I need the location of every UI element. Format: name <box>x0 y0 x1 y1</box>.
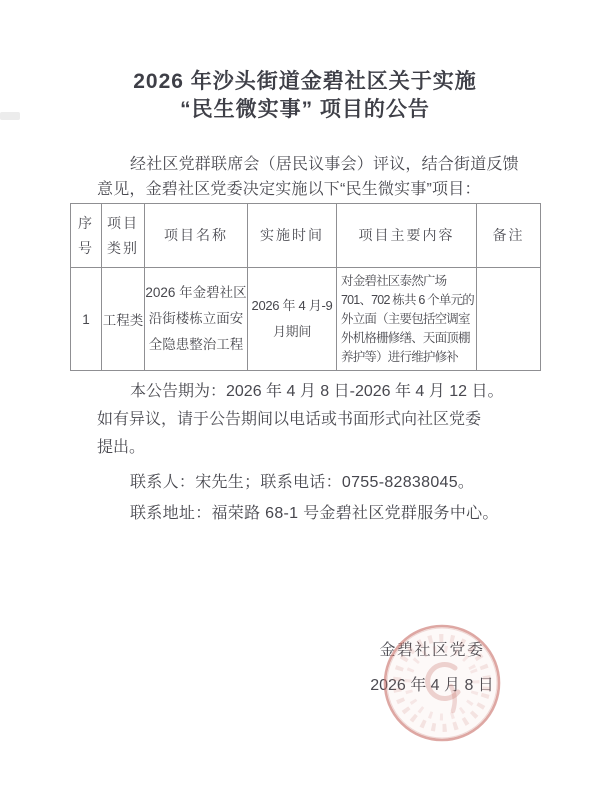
official-seal-stamp-icon <box>381 622 503 744</box>
intro-paragraph: 经社区党群联席会（居民议事会）评议，结合街道反馈 意见，金碧社区党委决定实施以下… <box>97 152 523 202</box>
table-header-row: 序号 项目类别 项目名称 实施时间 项目主要内容 备注 <box>71 204 541 268</box>
document-title: 2026 年沙头街道金碧社区关于实施 “民生微实事” 项目的公告 <box>70 68 540 124</box>
col-header-content: 项目主要内容 <box>337 204 477 268</box>
col-header-category: 项目类别 <box>102 204 145 268</box>
col-header-time: 实施时间 <box>248 204 337 268</box>
cell-seq: 1 <box>71 268 102 371</box>
col-header-remark: 备注 <box>477 204 541 268</box>
notice-period-paragraph: 本公告期为：2026 年 4 月 8 日-2026 年 4 月 12 日。 如有… <box>97 378 523 462</box>
cell-category: 工程类 <box>102 268 145 371</box>
table-row: 1 工程类 2026 年金碧社区 沿街楼栋立面安 全隐患整治工程 2026 年 … <box>71 268 541 371</box>
cell-project-name: 2026 年金碧社区 沿街楼栋立面安 全隐患整治工程 <box>145 268 248 371</box>
scan-smudge-artifact <box>0 112 20 120</box>
contact-person-line: 联系人：宋先生；联系电话：0755-82838045。 <box>130 469 474 492</box>
cell-remark <box>477 268 541 371</box>
contact-address-line: 联系地址：福荣路 68-1 号金碧社区党群服务中心。 <box>130 500 499 523</box>
col-header-name: 项目名称 <box>145 204 248 268</box>
col-header-seq: 序号 <box>71 204 102 268</box>
cell-content: 对金碧社区泰然广场 701、702 栋共 6 个单元的 外立面（主要包括空调室 … <box>337 268 477 371</box>
scanned-notice-document: 2026 年沙头街道金碧社区关于实施 “民生微实事” 项目的公告 经社区党群联席… <box>0 0 592 790</box>
projects-table: 序号 项目类别 项目名称 实施时间 项目主要内容 备注 1 工程类 2026 年… <box>70 203 541 371</box>
cell-time: 2026 年 4 月-9 月期间 <box>248 268 337 371</box>
